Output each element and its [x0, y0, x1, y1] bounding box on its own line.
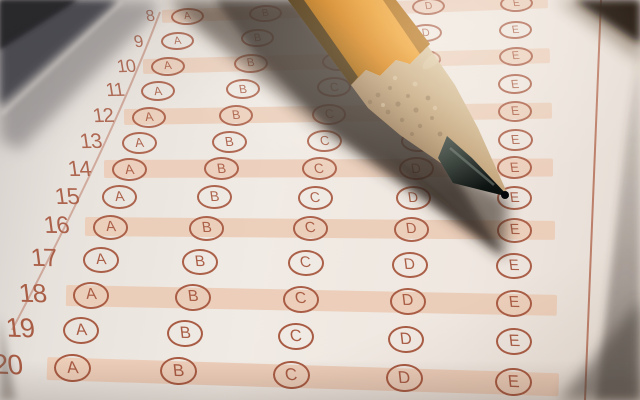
sheet-column-line: [585, 0, 601, 400]
photo-answer-sheet-with-pencil: 8ABCDE9ABCDE10ABCDE11ABCDE12ABCDE13ABCDE…: [0, 0, 640, 400]
photo-overlay: [0, 0, 640, 400]
shadow-top-left: [0, 0, 160, 150]
pencil-point: [501, 191, 509, 199]
shadow-right-edge: [560, 40, 640, 400]
